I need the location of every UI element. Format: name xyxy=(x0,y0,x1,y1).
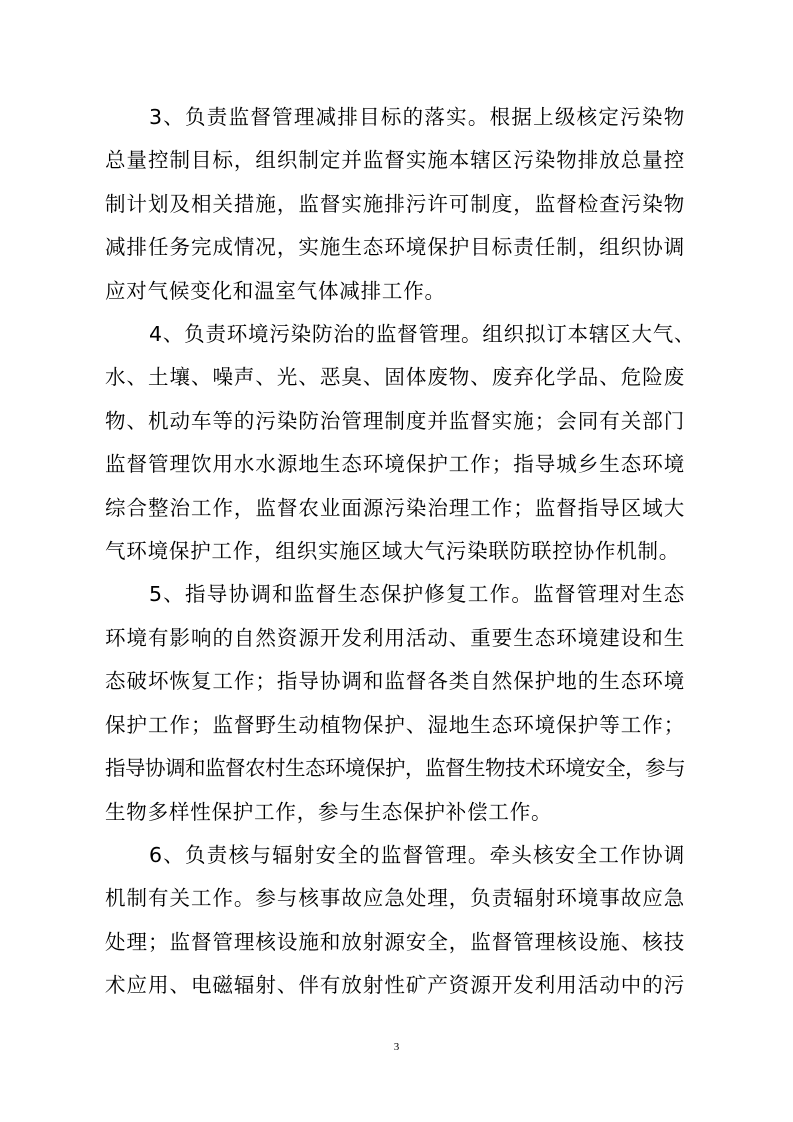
document-body: 3、负责监督管理减排目标的落实。根据上级核定污染物 总量控制目标，组织制定并监督… xyxy=(105,96,685,1008)
text-line: 术应用、电磁辐射、伴有放射性矿产资源开发利用活动中的污 xyxy=(105,964,685,1007)
text-line: 5、指导协调和监督生态保护修复工作。监督管理对生态 xyxy=(105,573,685,616)
text-line: 保护工作；监督野生动植物保护、湿地生态环境保护等工作； xyxy=(105,704,685,747)
text-line: 应对气候变化和温室气体减排工作。 xyxy=(105,270,685,313)
text-line: 水、土壤、噪声、光、恶臭、固体废物、废弃化学品、危险废 xyxy=(105,356,685,399)
text-line: 综合整治工作，监督农业面源污染治理工作；监督指导区域大 xyxy=(105,487,685,530)
text-line: 处理；监督管理核设施和放射源安全，监督管理核设施、核技 xyxy=(105,921,685,964)
text-line: 态破坏恢复工作；指导协调和监督各类自然保护地的生态环境 xyxy=(105,660,685,703)
text-line: 环境有影响的自然资源开发利用活动、重要生态环境建设和生 xyxy=(105,617,685,660)
text-line: 物、机动车等的污染防治管理制度并监督实施；会同有关部门 xyxy=(105,400,685,443)
text-line: 总量控制目标，组织制定并监督实施本辖区污染物排放总量控 xyxy=(105,139,685,182)
text-line: 监督管理饮用水水源地生态环境保护工作；指导城乡生态环境 xyxy=(105,443,685,486)
paragraph-3: 3、负责监督管理减排目标的落实。根据上级核定污染物 总量控制目标，组织制定并监督… xyxy=(105,96,685,313)
text-line: 机制有关工作。参与核事故应急处理，负责辐射环境事故应急 xyxy=(105,877,685,920)
paragraph-4: 4、负责环境污染防治的监督管理。组织拟订本辖区大气、 水、土壤、噪声、光、恶臭、… xyxy=(105,313,685,573)
text-line: 生物多样性保护工作，参与生态保护补偿工作。 xyxy=(105,791,685,834)
text-line: 制计划及相关措施，监督实施排污许可制度，监督检查污染物 xyxy=(105,183,685,226)
text-line: 4、负责环境污染防治的监督管理。组织拟订本辖区大气、 xyxy=(105,313,685,356)
page-number: 3 xyxy=(0,1041,793,1053)
paragraph-5: 5、指导协调和监督生态保护修复工作。监督管理对生态 环境有影响的自然资源开发利用… xyxy=(105,573,685,833)
text-line: 6、负责核与辐射安全的监督管理。牵头核安全工作协调 xyxy=(105,834,685,877)
text-line: 指导协调和监督农村生态环境保护，监督生物技术环境安全，参与 xyxy=(105,747,685,790)
text-line: 气环境保护工作，组织实施区域大气污染联防联控协作机制。 xyxy=(105,530,685,573)
text-line: 减排任务完成情况，实施生态环境保护目标责任制，组织协调 xyxy=(105,226,685,269)
paragraph-6: 6、负责核与辐射安全的监督管理。牵头核安全工作协调 机制有关工作。参与核事故应急… xyxy=(105,834,685,1008)
text-line: 3、负责监督管理减排目标的落实。根据上级核定污染物 xyxy=(105,96,685,139)
